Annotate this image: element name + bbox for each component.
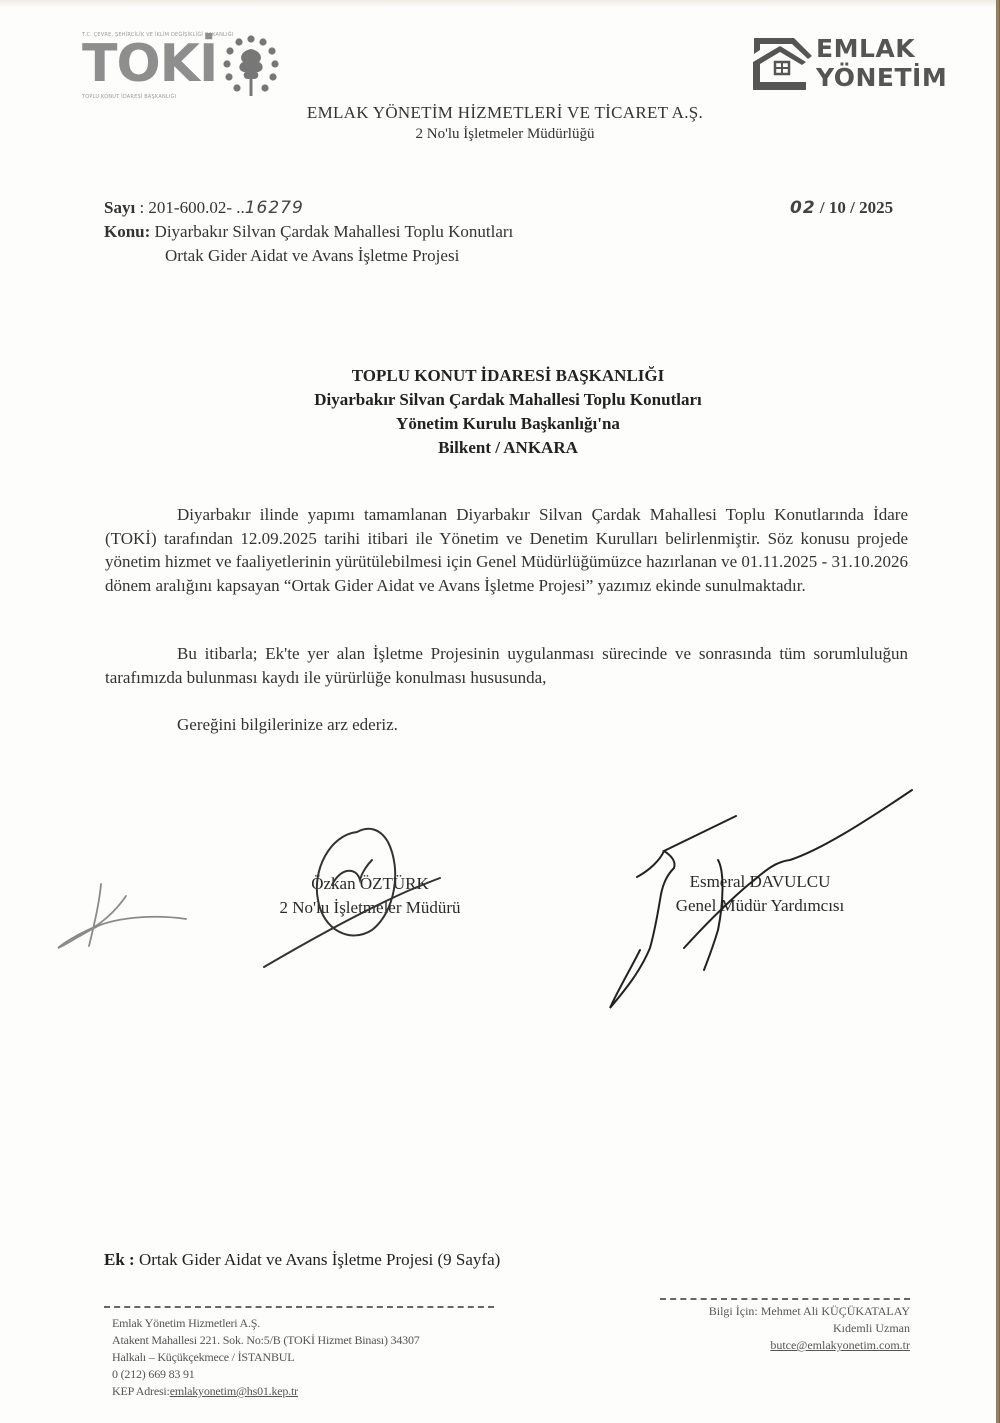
footer-street: Atakent Mahallesi 221. Sok. No:5/B (TOKİ… [112, 1332, 420, 1349]
kep-label: KEP Adresi: [112, 1384, 170, 1398]
contact-email-link[interactable]: butce@emlakyonetim.com.tr [640, 1337, 910, 1354]
footer-phone: 0 (212) 669 83 91 [112, 1366, 420, 1383]
footer-city: Halkalı – Küçükçekmece / İSTANBUL [112, 1349, 420, 1366]
attachment-line: Ek : Ortak Gider Aidat ve Avans İşletme … [104, 1250, 500, 1270]
footer-company: Emlak Yönetim Hizmetleri A.Ş. [112, 1315, 420, 1332]
footer-address: Emlak Yönetim Hizmetleri A.Ş. Atakent Ma… [112, 1315, 420, 1400]
footer-divider-right [660, 1298, 910, 1300]
attachment-label: Ek : [104, 1250, 135, 1269]
signature-2-icon [610, 790, 912, 1008]
footer-contact: Bilgi İçin: Mehmet Ali KÜÇÜKATALAY Kıdem… [640, 1303, 910, 1354]
signature-1-icon [264, 829, 440, 967]
handwritten-signatures [0, 0, 1000, 1100]
initials-signature-icon [58, 884, 186, 948]
footer-divider-left [104, 1306, 494, 1308]
attachment-text: Ortak Gider Aidat ve Avans İşletme Proje… [139, 1250, 500, 1269]
contact-person: Bilgi İçin: Mehmet Ali KÜÇÜKATALAY [640, 1303, 910, 1320]
kep-address-link[interactable]: emlakyonetim@hs01.kep.tr [170, 1384, 298, 1398]
footer-kep: KEP Adresi:emlakyonetim@hs01.kep.tr [112, 1383, 420, 1400]
contact-role: Kıdemli Uzman [640, 1320, 910, 1337]
